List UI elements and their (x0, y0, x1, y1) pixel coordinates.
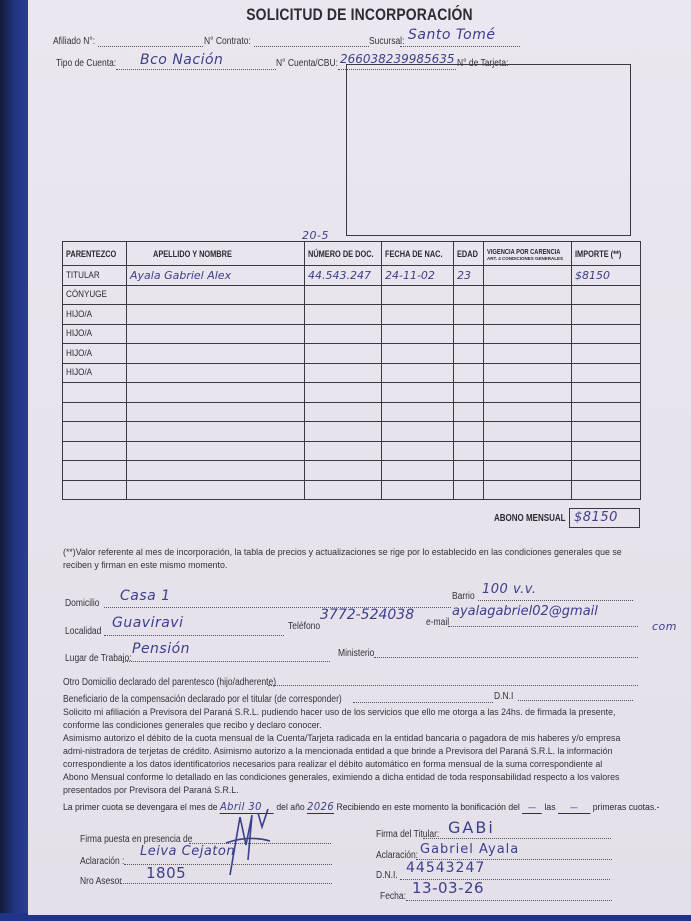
aclaracion-titular-value: Gabriel Ayala (420, 842, 519, 857)
cell-importe[interactable] (572, 285, 641, 305)
solicito-paragraph: Solicito mi afiliación a Previsora del P… (63, 706, 624, 732)
cell-vigencia[interactable] (484, 383, 572, 403)
cell-apellido-nombre[interactable] (127, 305, 305, 325)
domicilio-value: Casa 1 (120, 588, 171, 604)
primeras-cuotas-label: primeras cuotas.- (593, 802, 660, 813)
cell-edad[interactable] (454, 422, 484, 442)
relation-label: HIJO/A (66, 367, 92, 378)
cell-fecha-nac[interactable] (382, 441, 454, 461)
table-row (63, 461, 641, 481)
table-row (63, 383, 641, 403)
members-table: PARENTEZCO APELLIDO Y NOMBRE NÚMERO DE D… (62, 241, 641, 500)
anio-value: 2026 (307, 800, 334, 813)
cell-numero-doc[interactable] (305, 402, 382, 422)
header-fecha-nac: FECHA DE NAC. (382, 242, 454, 266)
fecha-value: 13-03-26 (412, 879, 484, 897)
cell-vigencia[interactable] (484, 305, 572, 325)
aclaracion-asesor-value: Leiva Cejaton (140, 844, 235, 859)
cell-fecha-nac[interactable] (382, 305, 454, 325)
cell-vigencia[interactable] (484, 363, 572, 383)
cell-vigencia[interactable] (484, 422, 572, 442)
cell-edad[interactable] (454, 402, 484, 422)
autorizacion-paragraph: Asimismo autorizo el débito de la cuota … (63, 732, 624, 797)
email-label: e-mail (426, 617, 449, 628)
cell-numero-doc[interactable] (305, 344, 382, 364)
cell-numero-doc[interactable] (305, 363, 382, 383)
telefono-label: Teléfono (288, 621, 320, 632)
cell-fecha-nac[interactable] (382, 285, 454, 305)
firma-titular-field[interactable] (423, 838, 611, 839)
primer-cuota-label: La primer cuota se devengara el mes de (63, 802, 218, 813)
cell-parentezco (63, 480, 127, 500)
las-field[interactable]: — (558, 802, 590, 814)
cell-importe[interactable] (572, 461, 641, 481)
cell-numero-doc[interactable] (305, 441, 382, 461)
afiliado-label: Afiliado N°: (53, 36, 95, 47)
cell-edad[interactable] (454, 285, 484, 305)
cell-importe[interactable] (572, 324, 641, 344)
las-label: las (544, 802, 555, 813)
cell-fecha-nac[interactable] (382, 324, 454, 344)
barrio-value: 100 v.v. (482, 582, 536, 597)
table-row (63, 480, 641, 500)
background-left-edge (0, 0, 28, 921)
cell-fecha-nac[interactable]: 24-11-02 (382, 266, 454, 286)
localidad-field[interactable] (104, 635, 284, 636)
firma-titular-value: GABi (448, 818, 495, 837)
cell-importe[interactable] (572, 441, 641, 461)
cell-apellido-nombre[interactable] (127, 344, 305, 364)
cell-importe[interactable] (572, 480, 641, 500)
table-row: TITULARAyala Gabriel Alex44.543.24724-11… (63, 266, 641, 286)
cell-edad[interactable] (454, 480, 484, 500)
cell-numero-doc[interactable] (305, 285, 382, 305)
blank-box (346, 64, 631, 236)
contrato-field[interactable] (254, 46, 369, 47)
fecha-field[interactable] (406, 900, 612, 901)
cell-value: 24-11-02 (385, 269, 435, 282)
otro-domicilio-label: Otro Domicilio declarado del parentesco … (63, 677, 276, 688)
cell-vigencia[interactable] (484, 461, 572, 481)
table-row (63, 422, 641, 442)
telefono-value: 3772-524038 (320, 607, 414, 623)
cell-fecha-nac[interactable] (382, 383, 454, 403)
relation-label: HIJO/A (66, 328, 92, 339)
cell-parentezco: HIJO/A (63, 344, 127, 364)
cell-vigencia[interactable] (484, 402, 572, 422)
lugar-trabajo-field[interactable] (125, 661, 330, 662)
beneficiario-dni-label: D.N.I (494, 691, 513, 702)
ministerio-field[interactable] (374, 657, 638, 658)
otro-domicilio-field[interactable] (268, 685, 638, 686)
cell-importe[interactable] (572, 344, 641, 364)
cell-edad[interactable]: 23 (454, 266, 484, 286)
form-page: SOLICITUD DE INCORPORACIÓN Afiliado N°: … (28, 0, 691, 915)
cell-edad[interactable] (454, 324, 484, 344)
aclaracion-asesor-label: Aclaración : (80, 856, 124, 867)
cell-apellido-nombre[interactable] (127, 480, 305, 500)
cell-fecha-nac[interactable] (382, 461, 454, 481)
cell-apellido-nombre[interactable] (127, 383, 305, 403)
cell-value: 44.543.247 (308, 269, 371, 282)
cell-importe[interactable]: $8150 (572, 266, 641, 286)
cell-fecha-nac[interactable] (382, 402, 454, 422)
cell-parentezco (63, 441, 127, 461)
cell-numero-doc[interactable] (305, 461, 382, 481)
cell-vigencia[interactable] (484, 324, 572, 344)
abono-mensual-label: ABONO MENSUAL (494, 513, 566, 524)
dni-titular-value: 44543247 (406, 860, 485, 876)
dni-titular-label: D.N.I. (376, 870, 398, 881)
relation-label: HIJO/A (66, 309, 92, 320)
nro-asesor-value: 1805 (146, 864, 186, 882)
bonificacion-label: Recibiendo en este momento la bonificaci… (337, 802, 520, 813)
cell-vigencia[interactable] (484, 285, 572, 305)
relation-label: CÓNYUGE (66, 289, 107, 300)
tipo-cuenta-label: Tipo de Cuenta: (56, 58, 116, 69)
cell-importe[interactable] (572, 305, 641, 325)
cell-value: 23 (457, 269, 471, 282)
cell-edad[interactable] (454, 441, 484, 461)
ministerio-label: Ministerio (338, 648, 374, 659)
header-vigencia: VIGENCIA POR CARENCIAART. 4 CONDICIONES … (484, 242, 572, 266)
cell-parentezco: HIJO/A (63, 363, 127, 383)
cell-parentezco: CÓNYUGE (63, 285, 127, 305)
cell-edad[interactable] (454, 383, 484, 403)
cell-apellido-nombre[interactable] (127, 363, 305, 383)
cell-parentezco: HIJO/A (63, 305, 127, 325)
cell-apellido-nombre[interactable] (127, 461, 305, 481)
header-numero-doc: NÚMERO DE DOC. (305, 242, 382, 266)
cell-fecha-nac[interactable] (382, 480, 454, 500)
cell-parentezco: HIJO/A (63, 324, 127, 344)
localidad-value: Guaviravi (112, 615, 184, 631)
anio-field[interactable]: 2026 (307, 800, 334, 814)
primer-cuota-line: La primer cuota se devengara el mes de A… (63, 800, 639, 814)
bonificacion-field[interactable]: — (522, 802, 542, 814)
relation-label: TITULAR (66, 270, 100, 281)
email-value-continued: com (652, 620, 677, 633)
del-anio-label: del año (276, 802, 304, 813)
tipo-cuenta-value: Bco Nación (140, 52, 223, 68)
contrato-label: N° Contrato: (204, 36, 251, 47)
barrio-label: Barrio (452, 591, 475, 602)
table-row: CÓNYUGE (63, 285, 641, 305)
abono-mensual-value: $8150 (574, 510, 618, 525)
table-row (63, 441, 641, 461)
cell-parentezco (63, 402, 127, 422)
table-row: HIJO/A (63, 305, 641, 325)
table-row (63, 402, 641, 422)
nro-asesor-label: Nro Asesor (80, 876, 122, 887)
cell-numero-doc[interactable] (305, 422, 382, 442)
cell-apellido-nombre[interactable] (127, 402, 305, 422)
cell-parentezco (63, 422, 127, 442)
cell-numero-doc[interactable]: 44.543.247 (305, 266, 382, 286)
relation-label: HIJO/A (66, 348, 92, 359)
cell-numero-doc[interactable] (305, 324, 382, 344)
fecha-label: Fecha: (380, 891, 406, 902)
cell-apellido-nombre[interactable]: Ayala Gabriel Alex (127, 266, 305, 286)
cell-apellido-nombre[interactable] (127, 285, 305, 305)
cell-numero-doc[interactable] (305, 383, 382, 403)
nro-asesor-field[interactable] (120, 883, 332, 884)
beneficiario-dni-field[interactable] (518, 700, 633, 701)
cell-edad[interactable] (454, 461, 484, 481)
afiliado-field[interactable] (98, 46, 203, 47)
lugar-trabajo-label: Lugar de Trabajo: (65, 653, 132, 664)
email-field[interactable] (448, 626, 638, 627)
cell-vigencia[interactable] (484, 344, 572, 364)
sucursal-field[interactable] (400, 46, 520, 47)
email-value: ayalagabriel02@gmail (452, 604, 598, 619)
table-row: HIJO/A (63, 324, 641, 344)
header-edad: EDAD (454, 242, 484, 266)
cell-fecha-nac[interactable] (382, 363, 454, 383)
cell-numero-doc[interactable] (305, 480, 382, 500)
cell-edad[interactable] (454, 363, 484, 383)
cuenta-cbu-label: N° Cuenta/CBU: (276, 58, 338, 69)
cell-vigencia[interactable] (484, 480, 572, 500)
cell-fecha-nac[interactable] (382, 422, 454, 442)
table-row: HIJO/A (63, 344, 641, 364)
tipo-cuenta-field[interactable] (116, 69, 276, 70)
beneficiario-label: Beneficiario de la compensación declarad… (63, 694, 342, 705)
cell-vigencia[interactable] (484, 266, 572, 286)
table-header-row: PARENTEZCO APELLIDO Y NOMBRE NÚMERO DE D… (63, 242, 641, 266)
header-parentezco: PARENTEZCO (63, 242, 127, 266)
barrio-field[interactable] (478, 600, 633, 601)
cell-apellido-nombre[interactable] (127, 441, 305, 461)
cell-value: Ayala Gabriel Alex (130, 269, 231, 282)
cell-numero-doc[interactable] (305, 305, 382, 325)
cell-edad[interactable] (454, 344, 484, 364)
abono-mensual-field[interactable]: $8150 (569, 508, 640, 528)
form-title: SOLICITUD DE INCORPORACIÓN (88, 5, 632, 25)
bonificacion-value: — (528, 803, 537, 813)
lugar-trabajo-value: Pensión (132, 641, 190, 657)
cell-importe[interactable] (572, 402, 641, 422)
beneficiario-field[interactable] (353, 702, 493, 703)
las-value: — (570, 803, 579, 813)
sucursal-value: Santo Tomé (408, 27, 495, 43)
domicilio-label: Domicilio (65, 598, 99, 609)
cell-importe[interactable] (572, 422, 641, 442)
cell-importe[interactable] (572, 363, 641, 383)
cell-importe[interactable] (572, 383, 641, 403)
cell-value: $8150 (575, 269, 610, 282)
cell-fecha-nac[interactable] (382, 344, 454, 364)
cell-apellido-nombre[interactable] (127, 422, 305, 442)
cell-parentezco (63, 461, 127, 481)
table-row: HIJO/A (63, 363, 641, 383)
header-importe: IMPORTE (**) (572, 242, 641, 266)
cell-parentezco: TITULAR (63, 266, 127, 286)
cell-parentezco (63, 383, 127, 403)
cell-edad[interactable] (454, 305, 484, 325)
cell-vigencia[interactable] (484, 441, 572, 461)
cell-apellido-nombre[interactable] (127, 324, 305, 344)
footnote: (**)Valor referente al mes de incorporac… (63, 546, 624, 572)
header-apellido-nombre: APELLIDO Y NOMBRE (127, 242, 305, 266)
localidad-label: Localidad (65, 626, 101, 637)
